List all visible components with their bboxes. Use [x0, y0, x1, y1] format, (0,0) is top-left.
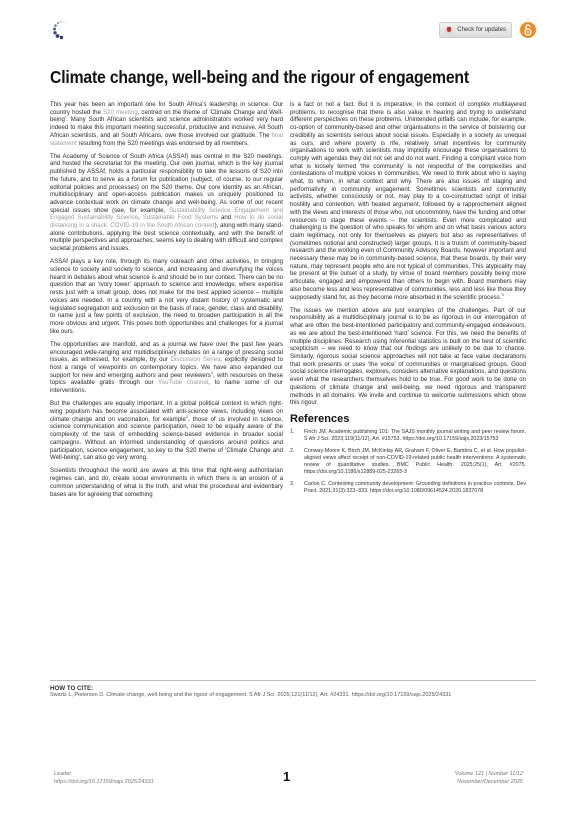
footer-left: Leader https://doi.org/10.17159/sajs.202…	[54, 771, 154, 786]
discussion-series-link[interactable]: Discussion Series	[171, 356, 221, 363]
reference-text[interactable]: Carlon C. Contesting community developme…	[304, 481, 526, 495]
paragraph: Scientists throughout the world are awar…	[50, 467, 283, 498]
check-for-updates-button[interactable]: Check for updates	[439, 22, 512, 38]
right-column: is a fact or not a fact. But it is imper…	[290, 101, 526, 500]
footnote-ref[interactable]: 3	[501, 292, 503, 297]
special-issue-link[interactable]: Sustainable Food Systems	[143, 214, 218, 221]
reference-text[interactable]: Conway-Moore K, Birch JM, McKinlay AR, G…	[304, 448, 526, 476]
citation-text: Swartz L, Pietersen D. Climate change, w…	[50, 692, 510, 699]
paragraph: The issues we mention above are just exa…	[290, 307, 526, 407]
section-label: Leader	[54, 771, 154, 779]
paragraph: The opportunities are manifold, and as a…	[50, 341, 283, 395]
paragraph: But the challenges are equally important…	[50, 400, 283, 462]
check-for-updates-label: Check for updates	[457, 27, 506, 33]
header-actions: Check for updates	[439, 22, 536, 38]
open-access-icon	[520, 22, 536, 38]
reference-item: 1.Finch JM. Academic publishing 101: The…	[290, 429, 526, 443]
volume-info: Volume 121 | Number 11/12	[455, 771, 523, 779]
paragraph: is a fact or not a fact. But it is imper…	[290, 101, 526, 301]
footer-right: Volume 121 | Number 11/12 November/Decem…	[455, 771, 523, 786]
crossmark-icon	[445, 26, 453, 34]
references-heading: References	[290, 413, 526, 426]
reference-item: 3.Carlon C. Contesting community develop…	[290, 481, 526, 495]
citation-divider	[50, 680, 536, 681]
journal-logo-icon	[48, 18, 72, 42]
paragraph: ASSAf plays a key role, through its many…	[50, 258, 283, 335]
how-to-cite-heading: HOW TO CITE:	[50, 685, 93, 692]
footer-doi-link[interactable]: https://doi.org/10.17159/sajs.2025/24331	[54, 779, 154, 787]
youtube-channel-link[interactable]: YouTube channel	[158, 379, 208, 386]
paragraph: This year has been an important one for …	[50, 101, 283, 147]
references-list: 1.Finch JM. Academic publishing 101: The…	[290, 429, 526, 495]
reference-item: 2.Conway-Moore K, Birch JM, McKinlay AR,…	[290, 448, 526, 476]
paragraph: The Academy of Science of South Africa (…	[50, 153, 283, 253]
article-title: Climate change, well-being and the rigou…	[50, 67, 469, 88]
issue-date: November/December 2025	[455, 779, 523, 787]
reference-text[interactable]: Finch JM. Academic publishing 101: The S…	[304, 429, 526, 443]
left-column: This year has been an important one for …	[50, 101, 283, 504]
page-number: 1	[283, 769, 290, 784]
s20-meeting-link[interactable]: S20 meeting	[103, 109, 138, 116]
